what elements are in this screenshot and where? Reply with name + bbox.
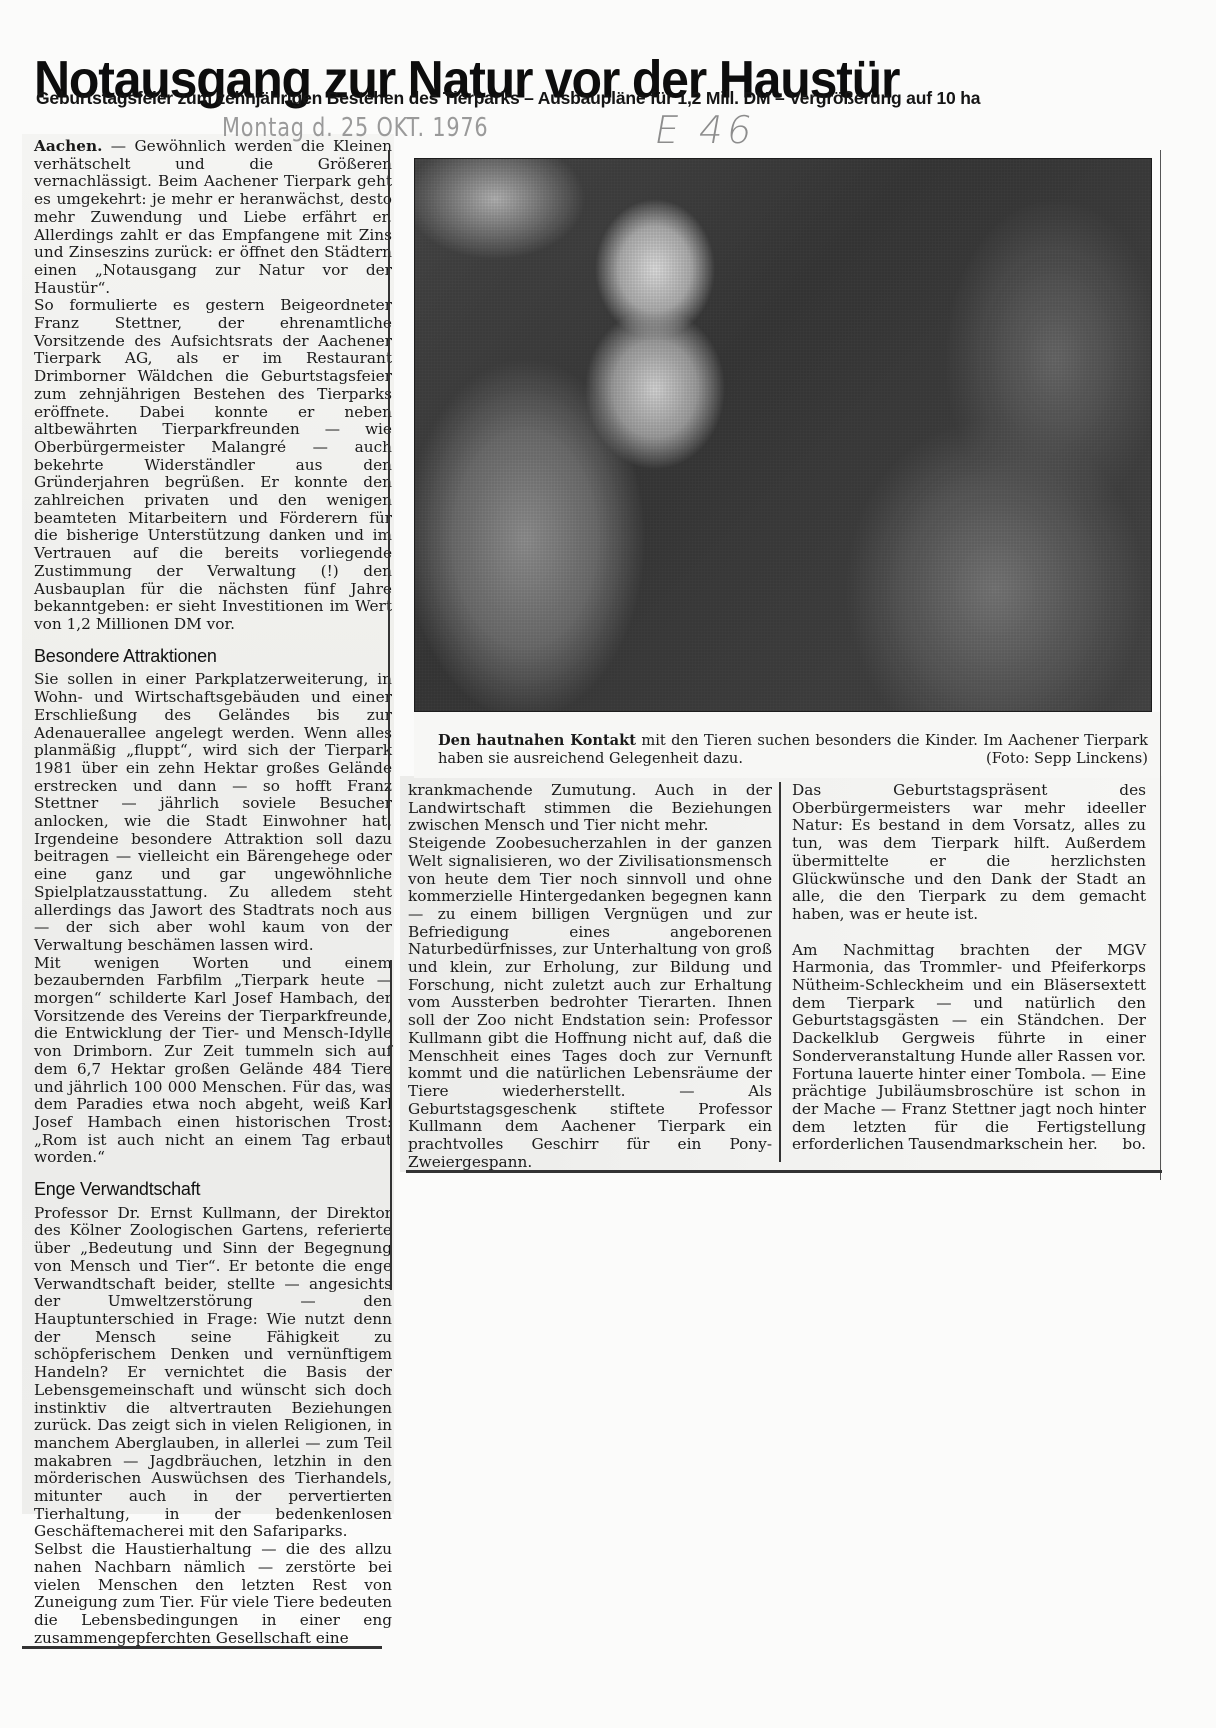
- clipping-edge: [22, 1646, 382, 1649]
- middle-column: krankmachende Zumutung. Auch in der Land…: [408, 782, 772, 1171]
- author-initials: bo.: [1122, 1136, 1146, 1154]
- paragraph-text: Am Nachmittag brachten der MGV Harmonia,…: [792, 941, 1146, 1154]
- subheadline: Geburtstagsfeier zum zehnjährigen Besteh…: [36, 88, 980, 109]
- left-column: Aachen. — Gewöhnlich werden die Kleinen …: [34, 138, 392, 1647]
- paragraph: Sie sollen in einer Parkplatzerweiterung…: [34, 671, 392, 954]
- photo-credit: (Foto: Sepp Linckens): [986, 750, 1148, 768]
- archive-mark: E 46: [651, 108, 759, 152]
- paragraph: Professor Dr. Ernst Kullmann, der Direkt…: [34, 1205, 392, 1541]
- clipping-edge: [406, 1170, 1162, 1173]
- dateline: Aachen.: [34, 137, 102, 155]
- column-rule: [779, 782, 781, 1162]
- page-edge-rule: [1160, 150, 1161, 1180]
- caption-lead: Den hautnahen Kontakt: [438, 732, 636, 749]
- paragraph-text: — Gewöhnlich werden die Kleinen verhätsc…: [34, 137, 392, 297]
- paragraph: Aachen. — Gewöhnlich werden die Kleinen …: [34, 138, 392, 297]
- photo-child-with-donkey: [414, 158, 1152, 712]
- paragraph: krankmachende Zumutung. Auch in der Land…: [408, 782, 772, 835]
- crosshead-enge-verwandtschaft: Enge Verwandtschaft: [34, 1181, 392, 1199]
- paragraph: Das Geburtstagspräsent des Oberbürgermei…: [792, 782, 1146, 924]
- photo-caption: Den hautnahen Kontakt mit den Tieren suc…: [438, 732, 1148, 768]
- crosshead-besondere-attraktionen: Besondere Attraktionen: [34, 648, 392, 666]
- column-rule: [388, 150, 390, 830]
- paragraph: So formulierte es gestern Beigeordneter …: [34, 297, 392, 633]
- right-column: Das Geburtstagspräsent des Oberbürgermei…: [792, 782, 1146, 1154]
- paragraph: Selbst die Haustierhaltung — die des all…: [34, 1541, 392, 1647]
- paragraph: Mit wenigen Worten und einem bezaubernde…: [34, 955, 392, 1167]
- paragraph: Steigende Zoobesucherzahlen in der ganze…: [408, 835, 772, 1171]
- paragraph: Am Nachmittag brachten der MGV Harmonia,…: [792, 942, 1146, 1154]
- column-rule: [390, 960, 392, 1290]
